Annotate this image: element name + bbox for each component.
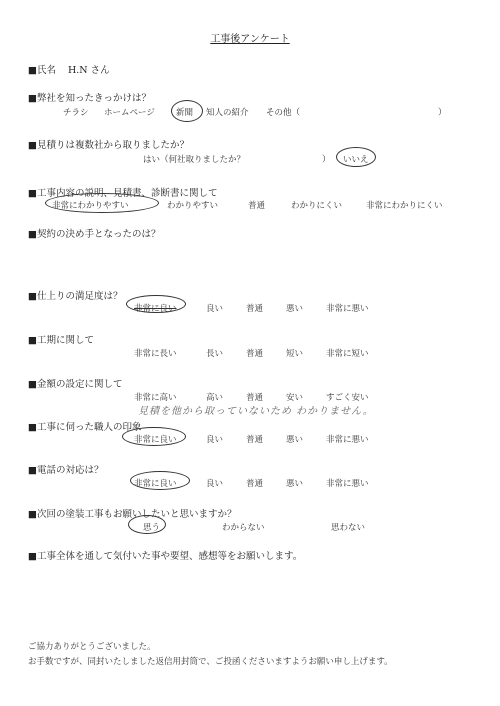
option-very-short[interactable]: 非常に短い <box>326 347 369 359</box>
option-unclear[interactable]: わかりにくい <box>291 199 342 211</box>
option-other[interactable]: その他（ <box>266 106 300 118</box>
q-price-label: ■金額の設定に関して <box>28 376 122 390</box>
footer-thanks: ご協力ありがとうございました。 <box>28 640 156 652</box>
handwritten-note: 見積を他から取っていないため わかりません。 <box>138 402 374 417</box>
q-comments-label: ■工事全体を通して気付いた事や要望、感想等をお願いします。 <box>28 548 302 562</box>
option-very-bad[interactable]: 非常に悪い <box>326 433 369 445</box>
q-phone-label: ■電話の対応は？ <box>28 462 103 476</box>
option-no[interactable]: 思わない <box>331 521 365 533</box>
option-very-unclear[interactable]: 非常にわかりにくい <box>366 199 443 211</box>
footer-instructions: お手数ですが、同封いたしました返信用封筒で、ご投函くださいますようお願い申し上げ… <box>28 655 393 667</box>
q-estimates-label: ■見積りは複数社から取りましたか？ <box>28 137 189 151</box>
name-value[interactable]: H.N さん <box>68 62 110 76</box>
selection-circle <box>122 427 186 446</box>
selection-circle <box>128 515 166 534</box>
survey-title: 工事後アンケート <box>0 30 500 45</box>
option-flyer[interactable]: チラシ <box>63 106 89 118</box>
selection-circle <box>45 193 159 213</box>
option-unsure[interactable]: わからない <box>222 521 265 533</box>
option-very-bad[interactable]: 非常に悪い <box>326 302 369 314</box>
selection-circle <box>126 295 186 313</box>
option-bad[interactable]: 悪い <box>286 302 303 314</box>
q-finish-label: ■仕上りの満足度は？ <box>28 288 122 302</box>
option-normal[interactable]: 普通 <box>246 347 263 359</box>
option-good[interactable]: 良い <box>206 477 223 489</box>
option-short[interactable]: 短い <box>286 347 303 359</box>
survey-title-text: 工事後アンケート <box>210 34 289 45</box>
q-craftsman-label: ■工事に伺った職人の印象 <box>28 419 141 433</box>
option-clear[interactable]: わかりやすい <box>167 199 218 211</box>
selection-circle <box>171 100 203 122</box>
option-normal[interactable]: 普通 <box>246 477 263 489</box>
q-decision-label: ■契約の決め手となったのは？ <box>28 226 160 240</box>
option-other-close: ） <box>438 106 447 118</box>
q-period-label: ■工期に関して <box>28 332 94 346</box>
option-referral[interactable]: 知人の紹介 <box>206 106 249 118</box>
option-normal[interactable]: 普通 <box>246 302 263 314</box>
option-homepage[interactable]: ホームページ <box>104 106 155 118</box>
option-yes-close: ） <box>322 153 331 165</box>
option-very-bad[interactable]: 非常に悪い <box>326 477 369 489</box>
name-label: ■氏名 <box>28 62 56 76</box>
option-good[interactable]: 良い <box>206 302 223 314</box>
option-normal[interactable]: 普通 <box>246 433 263 445</box>
q-source-label: ■弊社を知ったきっかけは？ <box>28 90 151 104</box>
option-good[interactable]: 良い <box>206 433 223 445</box>
selection-circle <box>336 147 376 167</box>
option-very-long[interactable]: 非常に長い <box>134 347 177 359</box>
option-yes[interactable]: はい（何社取りましたか？ <box>143 153 245 165</box>
option-bad[interactable]: 悪い <box>286 477 303 489</box>
selection-circle <box>130 471 190 490</box>
option-long[interactable]: 長い <box>206 347 223 359</box>
option-normal[interactable]: 普通 <box>248 199 265 211</box>
option-bad[interactable]: 悪い <box>286 433 303 445</box>
